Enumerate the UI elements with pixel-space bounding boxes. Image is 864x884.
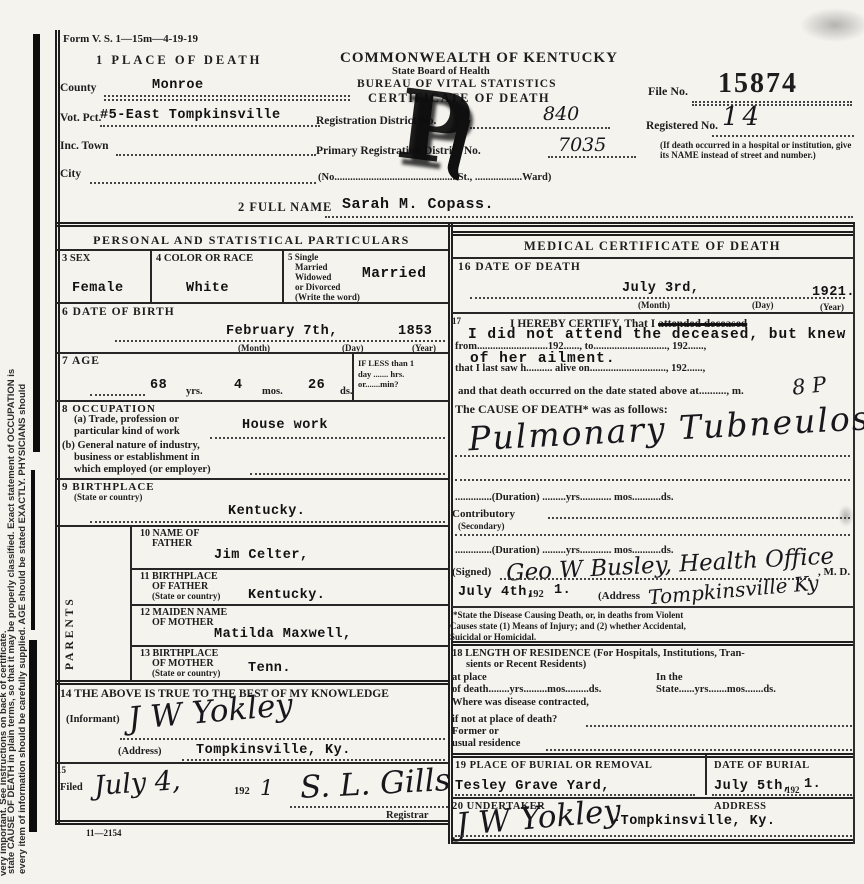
rule bbox=[452, 606, 853, 608]
occupation-a2: particular kind of work bbox=[74, 426, 180, 437]
age-months: 4 bbox=[234, 378, 243, 393]
dob-label: 6 DATE OF BIRTH bbox=[62, 306, 175, 318]
cause-line1 bbox=[455, 455, 850, 457]
informant-label: (Informant) bbox=[66, 714, 120, 725]
certify-section-number: 17 bbox=[452, 316, 461, 326]
informant-address-line bbox=[182, 759, 445, 761]
residence-heading1: 18 LENGTH OF RESIDENCE (For Hospitals, I… bbox=[452, 648, 745, 659]
age-ds-label: ds. bbox=[340, 386, 353, 397]
rule bbox=[55, 302, 448, 304]
undertaker-address-value: -Tompkinsville, Ky. bbox=[612, 814, 775, 829]
occupation-a1: (a) Trade, profession or bbox=[74, 414, 179, 425]
scan-smudge bbox=[838, 505, 854, 527]
rule bbox=[452, 839, 853, 844]
rule bbox=[55, 478, 448, 480]
sex-label: 3 SEX bbox=[62, 253, 90, 264]
rule bbox=[55, 525, 448, 527]
county-line2 bbox=[104, 99, 350, 101]
scan-smudge bbox=[800, 8, 864, 42]
cell-divider bbox=[150, 250, 152, 302]
if-not-label: if not at place of death? bbox=[452, 714, 557, 725]
marital-label-4: or Divorced bbox=[295, 282, 340, 292]
father-name-value: Jim Celter, bbox=[214, 548, 309, 563]
registered-no-value: 14 bbox=[722, 102, 763, 132]
form-right-border bbox=[853, 224, 855, 844]
age-mos-label: mos. bbox=[262, 386, 283, 397]
certify-last-saw-line: that I last saw h.......... alive on....… bbox=[455, 363, 705, 374]
city-label: City bbox=[60, 168, 81, 180]
county-value: Monroe bbox=[152, 78, 204, 93]
rule bbox=[452, 753, 853, 758]
age-years: 68 bbox=[150, 378, 167, 393]
contributory-line bbox=[548, 517, 850, 519]
informant-line bbox=[120, 738, 445, 740]
informant-address-value: Tompkinsville, Ky. bbox=[196, 743, 351, 758]
dob-line bbox=[115, 340, 445, 342]
race-value: White bbox=[186, 281, 229, 296]
rule bbox=[452, 641, 853, 646]
usual-residence-line bbox=[546, 749, 852, 751]
medical-section-title: MEDICAL CERTIFICATE OF DEATH bbox=[452, 239, 853, 254]
vot-pct-line bbox=[100, 125, 320, 127]
inc-town-line bbox=[116, 154, 316, 156]
inc-town-label: Inc. Town bbox=[60, 140, 109, 152]
registrar-line bbox=[290, 806, 448, 808]
city-line bbox=[90, 182, 316, 184]
contributory-label: Contributory bbox=[452, 508, 515, 520]
scan-edge-bar bbox=[33, 34, 40, 452]
age-line bbox=[90, 394, 145, 396]
date-of-death-value: July 3rd, bbox=[622, 281, 699, 296]
filed-label: Filed bbox=[60, 782, 83, 793]
md-label: , M. D. bbox=[818, 566, 850, 578]
primary-registration-value: 7035 bbox=[558, 134, 606, 156]
undertaker-address-label: ADDRESS bbox=[714, 801, 767, 812]
contributory-line2 bbox=[455, 534, 850, 536]
rule bbox=[130, 604, 448, 606]
county-line bbox=[104, 95, 350, 97]
informant-address-label: (Address) bbox=[118, 746, 162, 757]
occupation-line-b bbox=[250, 473, 445, 475]
father-birthplace-value: Kentucky. bbox=[248, 588, 325, 603]
occupation-b1: (b) General nature of industry, bbox=[62, 440, 200, 451]
father-name-label2: FATHER bbox=[152, 538, 192, 549]
cause-line2 bbox=[455, 479, 850, 481]
age-less-line2: day ....... hrs. bbox=[358, 369, 414, 380]
at-place-label: at place bbox=[452, 672, 487, 683]
marital-label-1: 5 Single bbox=[288, 252, 318, 262]
sex-value: Female bbox=[72, 281, 124, 296]
burial-date-label: DATE OF BURIAL bbox=[714, 760, 810, 771]
in-the-label: In the bbox=[656, 672, 683, 683]
burial-place-label: 19 PLACE OF BURIAL OR REMOVAL bbox=[455, 760, 652, 771]
signed-year-typed: 1. bbox=[554, 583, 571, 598]
death-time-handwritten: 8 P bbox=[791, 372, 827, 399]
full-name-label: 2 FULL NAME bbox=[238, 200, 332, 215]
scan-edge-bar bbox=[31, 470, 35, 630]
rule bbox=[452, 257, 853, 259]
age-days: 26 bbox=[308, 378, 325, 393]
marital-label-3: Widowed bbox=[295, 272, 331, 282]
place-of-death-heading: 1 PLACE OF DEATH bbox=[96, 53, 262, 68]
birthplace-value: Kentucky. bbox=[228, 504, 305, 519]
signed-address-label: (Address bbox=[598, 590, 640, 602]
of-death-line: of death........yrs.........mos.........… bbox=[452, 684, 601, 695]
usual-residence-label: usual residence bbox=[452, 738, 520, 749]
occupation-b2: business or establishment in bbox=[74, 452, 200, 463]
footnote-line1: *State the Disease Causing Death, or, in… bbox=[453, 610, 683, 620]
registered-no-label: Registered No. bbox=[646, 120, 718, 132]
dob-year: 1853 bbox=[398, 324, 432, 339]
date-of-death-label: 16 DATE OF DEATH bbox=[458, 261, 581, 273]
if-not-line bbox=[586, 725, 852, 727]
registered-no-line bbox=[712, 135, 854, 137]
filed-section-number: 15 bbox=[57, 765, 66, 775]
age-label: 7 AGE bbox=[62, 355, 100, 367]
mother-birthplace-value: Tenn. bbox=[248, 661, 291, 676]
registration-district-value: 840 bbox=[543, 103, 579, 125]
dod-day-sublabel: (Day) bbox=[752, 300, 774, 310]
cell-divider bbox=[282, 250, 284, 302]
age-less-line1: IF LESS than 1 bbox=[358, 358, 414, 369]
former-label: Former or bbox=[452, 726, 499, 737]
marital-value: Married bbox=[362, 266, 426, 282]
filed-year-printed: 192 bbox=[234, 786, 250, 797]
margin-note-line1: every item of information should be care… bbox=[17, 18, 28, 874]
form-code: 11—2154 bbox=[86, 828, 122, 838]
burial-cell-divider bbox=[705, 755, 707, 795]
signed-date-value: July 4th, bbox=[458, 585, 535, 600]
file-no-value: 15874 bbox=[718, 68, 798, 100]
age-yrs-label: yrs. bbox=[186, 386, 203, 397]
signed-label: (Signed) bbox=[452, 566, 491, 578]
rule bbox=[55, 820, 450, 825]
vot-pct-label: Vot. Pct. bbox=[60, 112, 101, 124]
form-number: Form V. S. 1—15m—4-19-19 bbox=[63, 33, 198, 45]
rule bbox=[55, 352, 448, 354]
mother-name-label2: OF MOTHER bbox=[152, 617, 214, 628]
filed-date-handwritten: July 4, bbox=[93, 765, 181, 802]
where-contracted-label: Where was disease contracted, bbox=[452, 697, 589, 708]
rule bbox=[55, 680, 448, 685]
occupation-line-a bbox=[210, 437, 445, 439]
cell-divider bbox=[352, 352, 354, 400]
occupation-b3: which employed (or employer) bbox=[74, 464, 211, 475]
dob-value: February 7th, bbox=[226, 324, 338, 339]
signed-year-printed: 192 bbox=[528, 589, 544, 600]
full-name-line bbox=[325, 216, 853, 218]
burial-place-value: Tesley Grave Yard, bbox=[455, 779, 610, 794]
mother-name-value: Matilda Maxwell, bbox=[214, 627, 352, 642]
burial-date-value: July 5th, bbox=[714, 779, 791, 794]
burial-year-typed: 1. bbox=[804, 777, 821, 792]
mother-birthplace-sublabel: (State or country) bbox=[152, 668, 220, 678]
full-name-value: Sarah M. Copass. bbox=[342, 196, 494, 213]
file-no-label: File No. bbox=[648, 84, 688, 99]
primary-registration-line bbox=[548, 156, 636, 158]
dod-year-sublabel: (Year) bbox=[820, 302, 844, 312]
certify-death-line: and that death occurred on the date stat… bbox=[458, 385, 744, 397]
marital-label-5: (Write the word) bbox=[295, 292, 360, 302]
duration-line-1: ..............(Duration) .........yrs...… bbox=[455, 492, 673, 503]
dod-month-sublabel: (Month) bbox=[638, 300, 670, 310]
secondary-label: (Secondary) bbox=[458, 521, 505, 531]
parents-label: PARENTS bbox=[64, 550, 76, 670]
birthplace-line bbox=[90, 521, 445, 523]
burial-date-line bbox=[712, 794, 852, 796]
age-less-line3: or.......min? bbox=[358, 379, 414, 390]
rule bbox=[55, 762, 448, 764]
section-divider bbox=[55, 222, 855, 227]
rule bbox=[55, 249, 448, 251]
father-birthplace-sublabel: (State or country) bbox=[152, 591, 220, 601]
registration-district-line bbox=[470, 127, 610, 129]
personal-section-title: PERSONAL AND STATISTICAL PARTICULARS bbox=[55, 233, 448, 248]
undertaker-line bbox=[455, 835, 852, 837]
hospital-note: (If death occurred in a hospital or inst… bbox=[660, 140, 856, 160]
commonwealth-heading: COMMONWEALTH OF KENTUCKY bbox=[340, 50, 618, 67]
vot-pct-value: #5-East Tompkinsville bbox=[100, 108, 281, 123]
residence-heading2: sients or Recent Residents) bbox=[466, 659, 586, 670]
race-label: 4 COLOR OR RACE bbox=[156, 253, 253, 264]
file-no-line2 bbox=[692, 104, 852, 106]
rule bbox=[130, 568, 448, 570]
rule bbox=[55, 400, 448, 402]
footnote-line2: Causes state (1) Means of Injury; and (2… bbox=[450, 621, 686, 631]
rule bbox=[130, 645, 448, 647]
state-line: State......yrs.......mos.......ds. bbox=[656, 684, 776, 695]
registrar-signature: S. L. Gills bbox=[299, 762, 451, 806]
birthplace-sublabel: (State or country) bbox=[74, 492, 142, 502]
margin-note-line3: very important. See instructions on back… bbox=[0, 420, 9, 876]
date-of-death-line bbox=[470, 297, 845, 299]
county-label: County bbox=[60, 82, 96, 94]
filed-year-handwritten: 1 bbox=[260, 776, 273, 800]
marital-label-2: Married bbox=[295, 262, 327, 272]
occupation-value: House work bbox=[242, 418, 328, 433]
rule bbox=[452, 231, 853, 236]
death-certificate-scan: every item of information should be care… bbox=[0, 0, 864, 884]
rule bbox=[452, 312, 853, 314]
rule bbox=[452, 797, 853, 799]
scan-edge-bar bbox=[29, 640, 37, 832]
age-less-note: IF LESS than 1 day ....... hrs. or......… bbox=[358, 358, 414, 390]
file-no-line bbox=[692, 101, 852, 103]
